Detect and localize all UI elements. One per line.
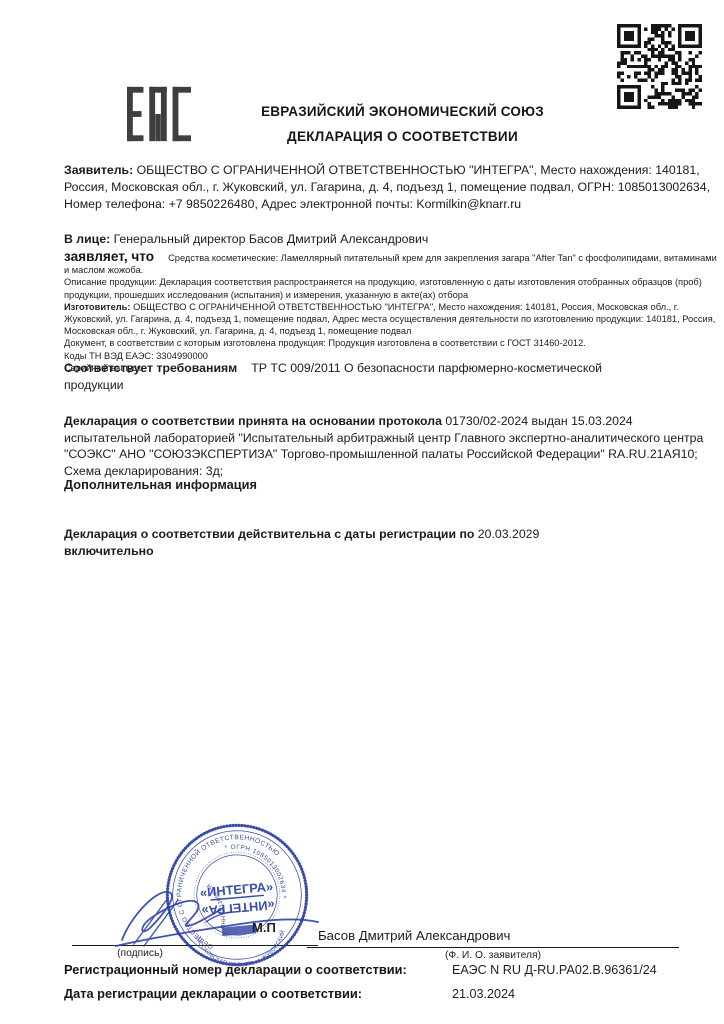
validity-suffix: включительно [64,543,664,560]
person-paragraph: В лице: Генеральный директор Басов Дмитр… [64,231,712,248]
reg-date-value: 21.03.2024 [452,987,515,1001]
basis-paragraph: Декларация о соответствии принята на осн… [64,413,714,479]
handwritten-signature [110,878,325,958]
validity-paragraph: Декларация о соответствии действительна … [64,526,664,560]
qr-code [617,24,702,109]
basis-label: Декларация о соответствии принята на осн… [64,414,442,428]
manufacturer-label: Изготовитель: [64,302,130,312]
manufacture-document: Документ, в соответствии с которым изгот… [64,337,718,349]
compliance-label: Соответствует требованиям [64,361,237,375]
person-text: Генеральный директор Басов Дмитрий Алекс… [110,232,428,246]
document-title: ДЕКЛАРАЦИЯ О СООТВЕТСТВИИ [80,129,724,144]
declares-label: заявляет, что [64,249,168,264]
person-label: В лице: [64,232,110,246]
applicant-label: Заявитель: [64,163,133,177]
reg-date-label: Дата регистрации декларации о соответств… [64,986,362,1001]
applicant-paragraph: Заявитель: ОБЩЕСТВО С ОГРАНИЧЕННОЙ ОТВЕТ… [64,162,712,213]
compliance-paragraph: Соответствует требованиямТР ТС 009/2011 … [64,360,644,394]
declares-block: заявляет, чтоСредства косметические: Лам… [64,251,718,374]
additional-info-label: Дополнительная информация [64,476,712,493]
applicant-fio-name: Басов Дмитрий Александрович [318,928,510,943]
applicant-text: ОБЩЕСТВО С ОГРАНИЧЕННОЙ ОТВЕТСТВЕННОСТЬЮ… [64,163,710,211]
header-titles: ЕВРАЗИЙСКИЙ ЭКОНОМИЧЕСКИЙ СОЮЗ ДЕКЛАРАЦИ… [80,104,724,144]
declaration-document: ЕАС ЕВРАЗИЙСКИЙ ЭКОНОМИЧЕСКИЙ СОЮЗ ДЕКЛА… [0,0,724,1024]
manufacturer-text: ОБЩЕСТВО С ОГРАНИЧЕННОЙ ОТВЕТСТВЕННОСТЬЮ… [64,302,715,336]
declares-product-line: заявляет, чтоСредства косметические: Лам… [64,251,718,276]
union-title: ЕВРАЗИЙСКИЙ ЭКОНОМИЧЕСКИЙ СОЮЗ [80,104,724,119]
reg-number-value: ЕАЭС N RU Д-RU.РА02.В.96361/24 [452,963,657,977]
validity-label: Декларация о соответствии действительна … [64,527,474,541]
validity-date: 20.03.2029 [474,527,539,541]
fio-caption: (Ф. И. О. заявителя) [307,950,679,961]
fio-line [307,947,679,948]
product-description: Описание продукции: Декларация соответст… [64,276,718,300]
manufacturer-line: Изготовитель: ОБЩЕСТВО С ОГРАНИЧЕННОЙ ОТ… [64,301,718,338]
